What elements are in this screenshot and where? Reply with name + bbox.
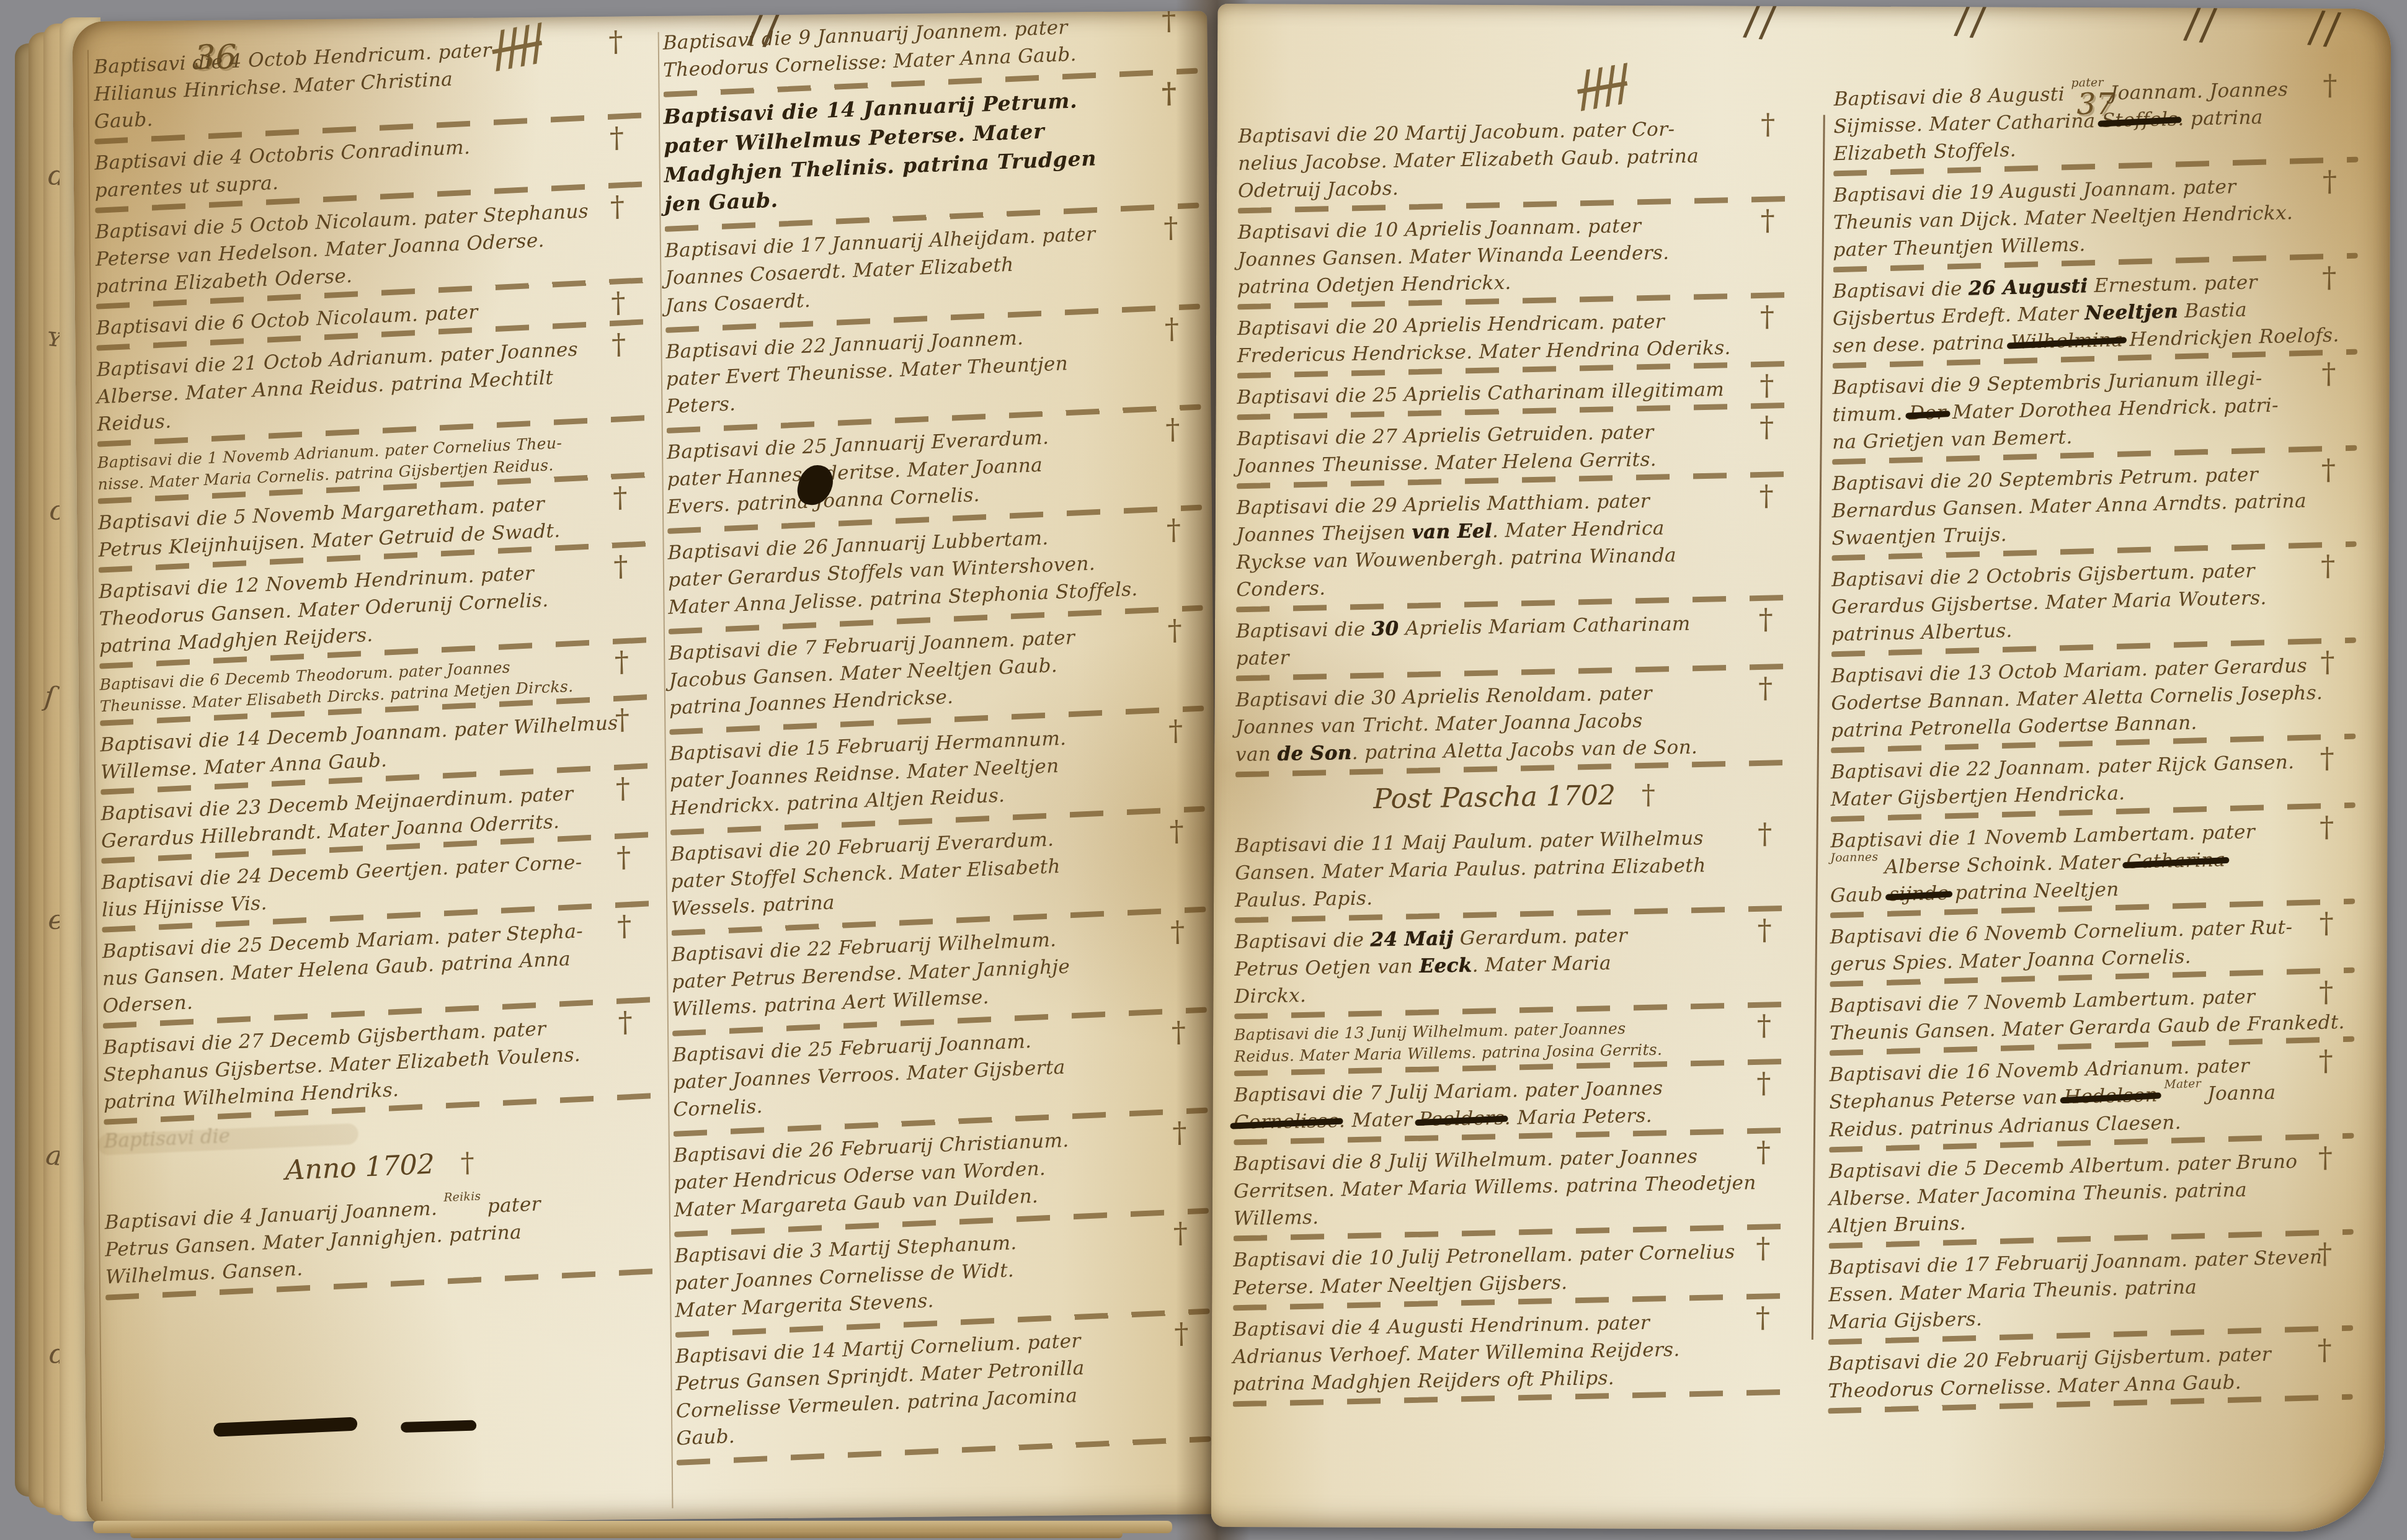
bold-ink-text: 26 Augusti (1969, 275, 2088, 300)
struck-out-text: sijnde (1889, 882, 1949, 906)
baptism-entry: Baptisavi die 17 Februarij Joannam. pate… (1828, 1242, 2354, 1336)
baptism-entry: Baptisavi die 25 Jannuarij Everardum.pat… (667, 417, 1202, 520)
baptism-entry: Baptisavi die 7 Novemb Lambertum. paterT… (1830, 981, 2354, 1047)
cross-mark-icon: † (2323, 161, 2338, 202)
baptism-entry: Baptisavi die 1 Novemb Lambertam. paterJ… (1830, 816, 2356, 910)
baptism-entry: Baptisavi die 11 Maij Paulum. pater Wilh… (1235, 823, 1794, 914)
cross-mark-icon: † (617, 906, 632, 946)
cross-mark-icon: † (1756, 1228, 1771, 1269)
cross-mark-icon: † (608, 21, 623, 62)
cross-mark-icon: † (612, 324, 626, 365)
baptism-entry: Baptisavi die 14 Martij Cornelium. pater… (675, 1322, 1211, 1453)
baptism-entry: Baptisavi die 10 Julij Petronellam. pate… (1233, 1238, 1791, 1302)
struck-out-text: Peelders (1419, 1107, 1505, 1131)
baptism-entry: Baptisavi die 3 Martij Stephanum.pater J… (674, 1222, 1209, 1325)
hatch-marks-icon: ∕∕ (2182, 4, 2220, 50)
cross-mark-icon: † (1758, 668, 1773, 709)
cross-mark-icon: † (2320, 642, 2335, 683)
bold-ink-text: de Son (1277, 742, 1351, 765)
bold-ink-text: Eeck (1419, 955, 1472, 977)
cross-mark-icon: † (1760, 407, 1774, 448)
cross-mark-icon: † (1161, 73, 1177, 113)
baptism-entry: Baptisavi die 29 Aprielis Matthiam. pate… (1236, 485, 1795, 603)
baptism-entry: Baptisavi die 20 Februarij Everardum.pat… (670, 820, 1206, 923)
cross-mark-icon: † (1757, 1006, 1772, 1046)
tally-marks-icon: ∕∕∕∕ (1573, 55, 1632, 118)
baptism-entry: Baptisavi die 7 Februarij Joannem. pater… (669, 618, 1204, 721)
cross-mark-icon: † (1758, 814, 1773, 855)
cross-mark-icon: † (1756, 1063, 1771, 1104)
cross-mark-icon: † (1760, 296, 1775, 337)
baptism-entry: Baptisavi die 8 Julij Wilhelmum. pater J… (1234, 1142, 1792, 1233)
cross-mark-icon: † (2320, 738, 2335, 779)
baptism-entry: Baptisavi die 17 Jannuarij Alheijdam. pa… (665, 216, 1200, 319)
ink-blot (401, 1420, 476, 1433)
cross-mark-icon: † (2317, 1329, 2332, 1370)
cross-mark-icon: † (1761, 104, 1776, 145)
cross-mark-icon: † (2321, 450, 2336, 491)
baptism-entry: Baptisavi die 30 Aprielis Mariam Cathari… (1236, 608, 1794, 672)
struck-out-text: Cornelisse (1234, 1110, 1339, 1134)
column-divider-line (1812, 115, 1825, 1340)
page-36: 36 ∕∕∕∕ ∕∕ Baptisavi die 4 Octob Hendric… (72, 11, 1221, 1524)
cross-mark-icon: † (1757, 910, 1772, 951)
baptism-entry: Baptisavi die 8 Augusti pater Joannam. J… (1833, 74, 2359, 168)
cross-mark-icon: † (1756, 1297, 1771, 1338)
baptism-entry: Baptisavi die 20 Aprielis Hendricam. pat… (1237, 306, 1795, 370)
bold-ink-text: Neeltjen (2084, 300, 2178, 324)
cross-mark-icon: † (1760, 200, 1775, 241)
cross-mark-icon: † (2321, 354, 2336, 394)
baptism-entry: Baptisavi die 22 Joannam. pater Rijck Ga… (1831, 747, 2356, 813)
inserted-text: Mater (2164, 1077, 2201, 1091)
struck-out-text: Dor (1909, 401, 1946, 424)
cross-mark-icon: † (610, 186, 625, 227)
cross-mark-icon: † (616, 768, 631, 809)
bold-ink-text: 30 (1372, 618, 1399, 641)
cross-mark-icon: † (615, 699, 630, 740)
cross-mark-icon: † (2321, 546, 2336, 587)
cross-mark-icon: † (615, 642, 630, 682)
baptism-entry: Baptisavi die 15 Februarij Hermannum.pat… (670, 719, 1205, 822)
cross-mark-icon: † (2320, 807, 2334, 848)
cross-mark-icon: † (1162, 11, 1177, 40)
cross-mark-icon: † (2322, 257, 2337, 298)
page-edge-writing: ſ (43, 680, 56, 713)
struck-out-text: Wilhelmina (2011, 329, 2123, 354)
baptism-entry: Baptisavi die 7 Julij Mariam. pater Joan… (1234, 1072, 1792, 1136)
cross-mark-icon: † (2318, 1041, 2333, 1082)
cross-mark-icon: † (2319, 972, 2334, 1013)
baptism-entry: Baptisavi die 13 Octob Mariam. pater Ger… (1831, 651, 2356, 745)
baptism-entry: Baptisavi die 22 Jannuarij Joannem.pater… (665, 317, 1201, 420)
cross-mark-icon: † (1759, 476, 1774, 517)
baptism-entry: Baptisavi die 20 Septembris Petrum. pate… (1832, 459, 2357, 553)
baptism-entry: Baptisavi die 22 Februarij Wilhelmum.pat… (672, 920, 1207, 1023)
cross-mark-icon: † (1756, 1132, 1771, 1173)
page-37-column-1: Baptisavi die 20 Martij Jacobum. pater C… (1232, 113, 1796, 1412)
baptism-entry: Baptisavi die 4 Augusti Hendrinum. pater… (1233, 1307, 1792, 1398)
ink-blot (213, 1417, 358, 1436)
baptism-entry: Baptisavi die 9 Septembris Jurianum ille… (1832, 363, 2357, 456)
baptism-entry: Baptisavi die 24 Maij Gerardum. paterPet… (1234, 919, 1793, 1010)
baptism-entry: Baptisavi die 10 Aprielis Joannam. pater… (1237, 210, 1796, 301)
inserted-text: Reikis (443, 1190, 481, 1204)
struck-out-text: Stoffels (2102, 108, 2178, 132)
baptism-entry: Baptisavi die 26 Augusti Ernestum. pater… (1833, 267, 2358, 360)
cross-mark-icon: † (460, 1147, 474, 1179)
baptism-entry: Baptisavi die 26 Jannuarij Lubbertam.pat… (667, 518, 1203, 621)
baptism-entry: Baptisavi die 16 Novemb Adrianum. paterS… (1829, 1050, 2354, 1144)
year-heading: Post Pascha 1702 † (1235, 777, 1794, 817)
cross-mark-icon: † (611, 282, 626, 323)
hatch-marks-icon: ∕∕ (1953, 4, 1990, 46)
hatch-marks-icon: ∕∕ (1742, 4, 1779, 47)
page-37-column-2: Baptisavi die 8 Augusti pater Joannam. J… (1828, 74, 2358, 1419)
inserted-text: Joannes (1830, 850, 1878, 865)
baptism-entry: Baptisavi die 27 Aprielis Getruiden. pat… (1237, 416, 1795, 480)
page-36-column-2: Baptisavi die 9 Jannuarij Joannem. pater… (663, 11, 1211, 1471)
hatch-marks-icon: ∕∕ (2307, 4, 2344, 55)
page-36-column-1: Baptisavi die 4 Octob Hendricum. paterHi… (94, 30, 656, 1306)
baptism-entry: Baptisavi die 5 Decemb Albertum. pater B… (1829, 1146, 2354, 1240)
cross-mark-icon: † (1642, 779, 1655, 811)
baptism-entry: Baptisavi die 14 Jannuarij Petrum.pater … (664, 82, 1199, 219)
baptism-entry: Baptisavi die 26 Februarij Christianum.p… (674, 1121, 1209, 1224)
cross-mark-icon: † (618, 1002, 633, 1043)
cross-mark-icon: † (2319, 903, 2334, 944)
cross-mark-icon: † (613, 546, 628, 587)
baptism-entry: Baptisavi die 20 Martij Jacobum. pater C… (1238, 113, 1797, 205)
baptism-entry: Baptisavi die 25 Februarij Joannam.pater… (672, 1021, 1208, 1124)
inserted-text: pater (2071, 76, 2103, 90)
cross-mark-icon: † (613, 477, 628, 518)
cross-mark-icon: † (610, 117, 625, 158)
cross-mark-icon: † (616, 837, 631, 878)
cross-mark-icon: † (2323, 65, 2338, 106)
bold-ink-text: 24 Maij (1370, 928, 1453, 951)
page-37: 37 ∕∕∕∕ ∕∕ ∕∕ ∕∕ ∕∕ Baptisavi die 20 Mar… (1211, 4, 2391, 1532)
cross-mark-icon: † (2318, 1137, 2333, 1178)
struck-out-text: Catharina (2126, 849, 2225, 873)
baptism-entry: Baptisavi die 30 Aprielis Renoldam. pate… (1235, 677, 1794, 768)
cross-mark-icon: † (2318, 1233, 2333, 1274)
cross-mark-icon: † (1760, 365, 1774, 406)
baptism-entry: Baptisavi die 20 Februarij Gijsbertum. p… (1828, 1338, 2353, 1404)
baptism-entry: Baptisavi die 6 Novemb Cornelium. pater … (1830, 912, 2355, 978)
bold-ink-text: van Eel (1412, 520, 1493, 543)
baptism-entry: Baptisavi die 2 Octobris Gijsbertum. pat… (1831, 555, 2357, 649)
struck-out-text: Hedelson (2064, 1084, 2158, 1108)
baptism-entry: Baptisavi die 19 Augusti Joannam. paterT… (1833, 171, 2359, 264)
open-register-book: d ʏ o ſ e a d 36 ∕∕∕∕ ∕∕ Baptisavi die 4… (0, 0, 2407, 1540)
page-edge-stack (130, 1531, 1123, 1538)
cross-mark-icon: † (1758, 599, 1773, 640)
